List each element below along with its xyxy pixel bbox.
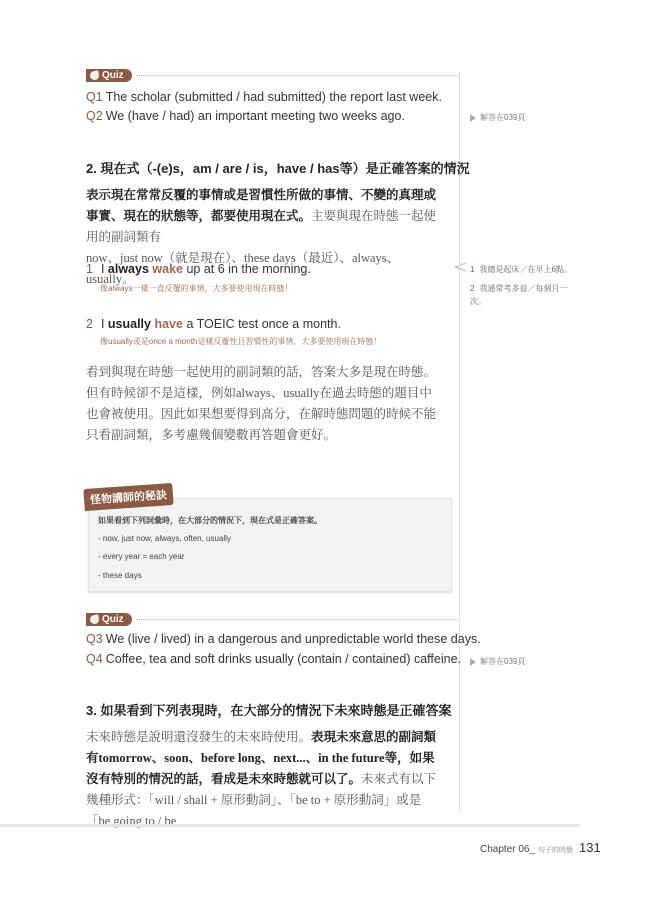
- tip-item: - every year = each year: [98, 552, 184, 561]
- dotted-rule: [136, 619, 458, 620]
- pointer-chevron-icon: [454, 262, 466, 272]
- pencil-icon: [89, 70, 99, 80]
- section-paragraph: 未來時態是說明還沒發生的未來時使用。表現未來意思的副詞類有tomorrow、so…: [86, 727, 442, 832]
- example-note: 像usually或是once a month這樣反覆性且習慣性的事情，大多要使用…: [100, 336, 381, 347]
- triangle-right-icon: [470, 658, 476, 666]
- quiz-label: Quiz: [102, 70, 124, 81]
- section-paragraph: 看到與現在時態一起使用的副詞類的話，答案大多是現在時態。但有時候卻不是這樣，例如…: [86, 362, 442, 446]
- margin-divider: [459, 72, 460, 812]
- example-sentence: 2I usually have a TOEIC test once a mont…: [86, 317, 341, 331]
- answer-note: 解答在039頁: [470, 112, 525, 123]
- section-title: 2. 現在式（-(e)s，am / are / is，have / has等）是…: [86, 158, 470, 177]
- quiz-question: Q4Coffee, tea and soft drinks usually (c…: [86, 652, 461, 666]
- quiz-question: Q3We (live / lived) in a dangerous and u…: [86, 632, 481, 646]
- translation-1: 1我總是起床／在早上6點。: [470, 263, 580, 276]
- tip-item: - these days: [98, 571, 142, 580]
- quiz-question: Q1The scholar (submitted / had submitted…: [86, 90, 442, 104]
- quiz-label: Quiz: [102, 614, 124, 625]
- chapter-subtitle: 句子的時態: [538, 845, 573, 855]
- page-footer: Chapter 06_ 句子的時態 131: [480, 840, 601, 855]
- dotted-rule: [136, 75, 458, 76]
- page-number: 131: [579, 840, 601, 855]
- footer-rule: [0, 824, 580, 827]
- pencil-icon: [89, 614, 99, 624]
- quiz-header: Quiz: [86, 612, 458, 626]
- tip-item: - now, just now, always, often, usually: [98, 534, 231, 543]
- tip-box: [88, 498, 452, 592]
- example-sentence: 1I always wake up at 6 in the morning.: [86, 262, 311, 276]
- quiz-header: Quiz: [86, 68, 458, 82]
- quiz-badge: Quiz: [86, 69, 132, 82]
- quiz-question: Q2We (have / had) an important meeting t…: [86, 109, 405, 123]
- answer-note: 解答在039頁: [470, 656, 525, 667]
- translation-2: 2我通常考多益／每個月一次。: [470, 282, 580, 308]
- quiz-badge: Quiz: [86, 613, 132, 626]
- triangle-right-icon: [470, 114, 476, 122]
- chapter-label: Chapter 06_: [480, 844, 535, 855]
- tip-heading: 如果看到下列詞彙時，在大部分的情況下，現在式是正確答案。: [98, 515, 322, 526]
- example-note: 像always一樣一直反覆的事情，大多要使用現在時態！: [100, 283, 292, 294]
- section-title: 3. 如果看到下列表現時，在大部分的情況下未來時態是正確答案: [86, 700, 451, 719]
